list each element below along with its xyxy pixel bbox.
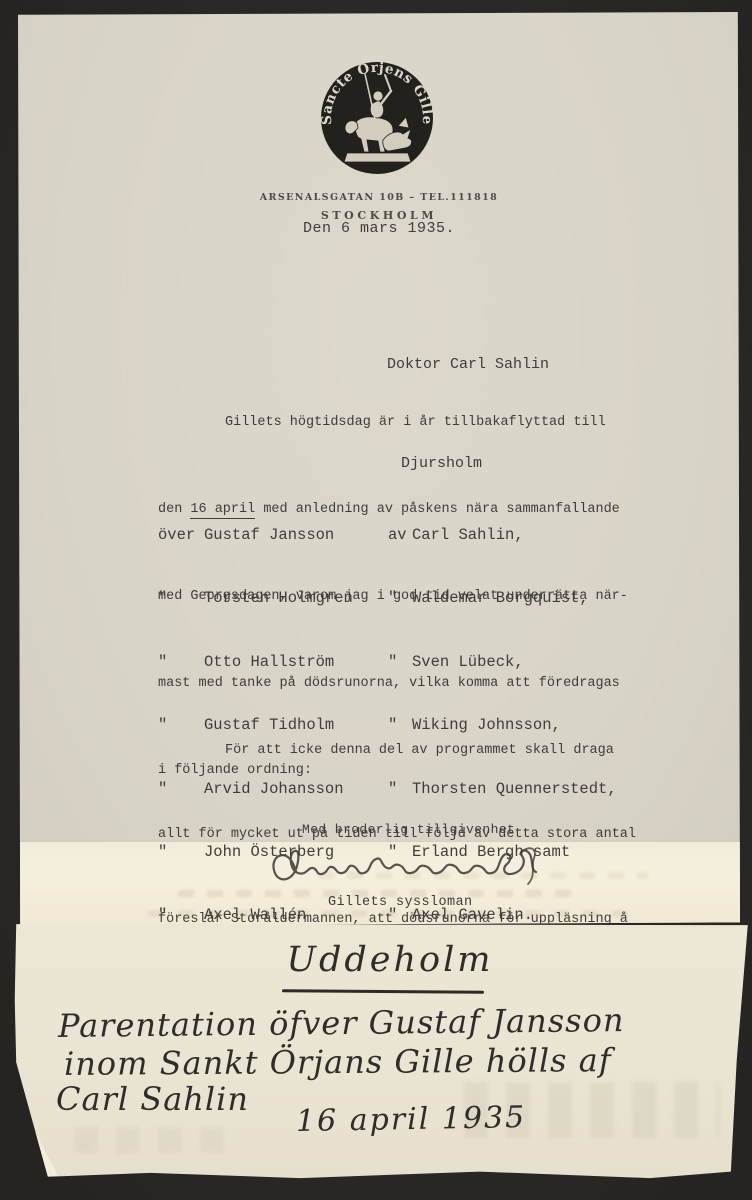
note-title: Uddeholm xyxy=(270,940,510,980)
note-line-2: inom Sankt Örjans Gille hölls af xyxy=(64,1041,612,1083)
ditto-mark: " xyxy=(388,653,412,671)
note-line-3: Carl Sahlin xyxy=(56,1080,249,1118)
scanned-document: Sancte Örjens Gille ARSENALSGATAN 10B – … xyxy=(0,0,752,1200)
deceased-name: Gustaf Jansson xyxy=(204,526,388,544)
ditto-mark: av xyxy=(388,526,412,544)
deceased-name: Torsten Holmgren xyxy=(204,589,388,607)
speaker-name: Carl Sahlin, xyxy=(412,526,524,544)
ditto-mark: " xyxy=(388,589,412,607)
note-date: 16 april 1935 xyxy=(296,1100,527,1139)
list-item: "Otto Hallström"Sven Lübeck, xyxy=(158,653,617,680)
ditto-mark: " xyxy=(158,653,204,671)
letter-sheet: Sancte Örjens Gille ARSENALSGATAN 10B – … xyxy=(18,12,740,926)
title-underline xyxy=(282,989,484,993)
deceased-name: Otto Hallström xyxy=(204,653,388,671)
handwritten-signature xyxy=(262,832,542,894)
ditto-mark: över xyxy=(158,526,204,544)
note-line-1: Parentation öfver Gustaf Jansson xyxy=(58,1001,625,1045)
folded-corner xyxy=(24,1118,58,1176)
ditto-mark: " xyxy=(158,589,204,607)
bleedthrough-text xyxy=(74,1127,224,1153)
speaker-name: Waldemar Borgquist, xyxy=(412,589,589,607)
list-item: "Torsten Holmgren"Waldemar Borgquist, xyxy=(158,589,617,616)
paragraph-2-line: För att icke denna del av programmet ska… xyxy=(158,737,668,765)
date-line: Den 6 mars 1935. xyxy=(18,220,740,237)
signer-role-line: Gillets syssloman xyxy=(328,895,473,910)
speaker-name: Sven Lübeck, xyxy=(412,653,524,671)
guild-emblem-seal: Sancte Örjens Gille xyxy=(319,60,435,176)
letterhead-address: ARSENALSGATAN 10B – TEL.111818 xyxy=(18,192,740,203)
paragraph-1-line: Gillets högtidsdag är i år tillbakaflytt… xyxy=(158,408,628,437)
note-sheet: Uddeholm Parentation öfver Gustaf Jansso… xyxy=(14,922,750,1182)
list-item: överGustaf JanssonavCarl Sahlin, xyxy=(158,526,617,553)
